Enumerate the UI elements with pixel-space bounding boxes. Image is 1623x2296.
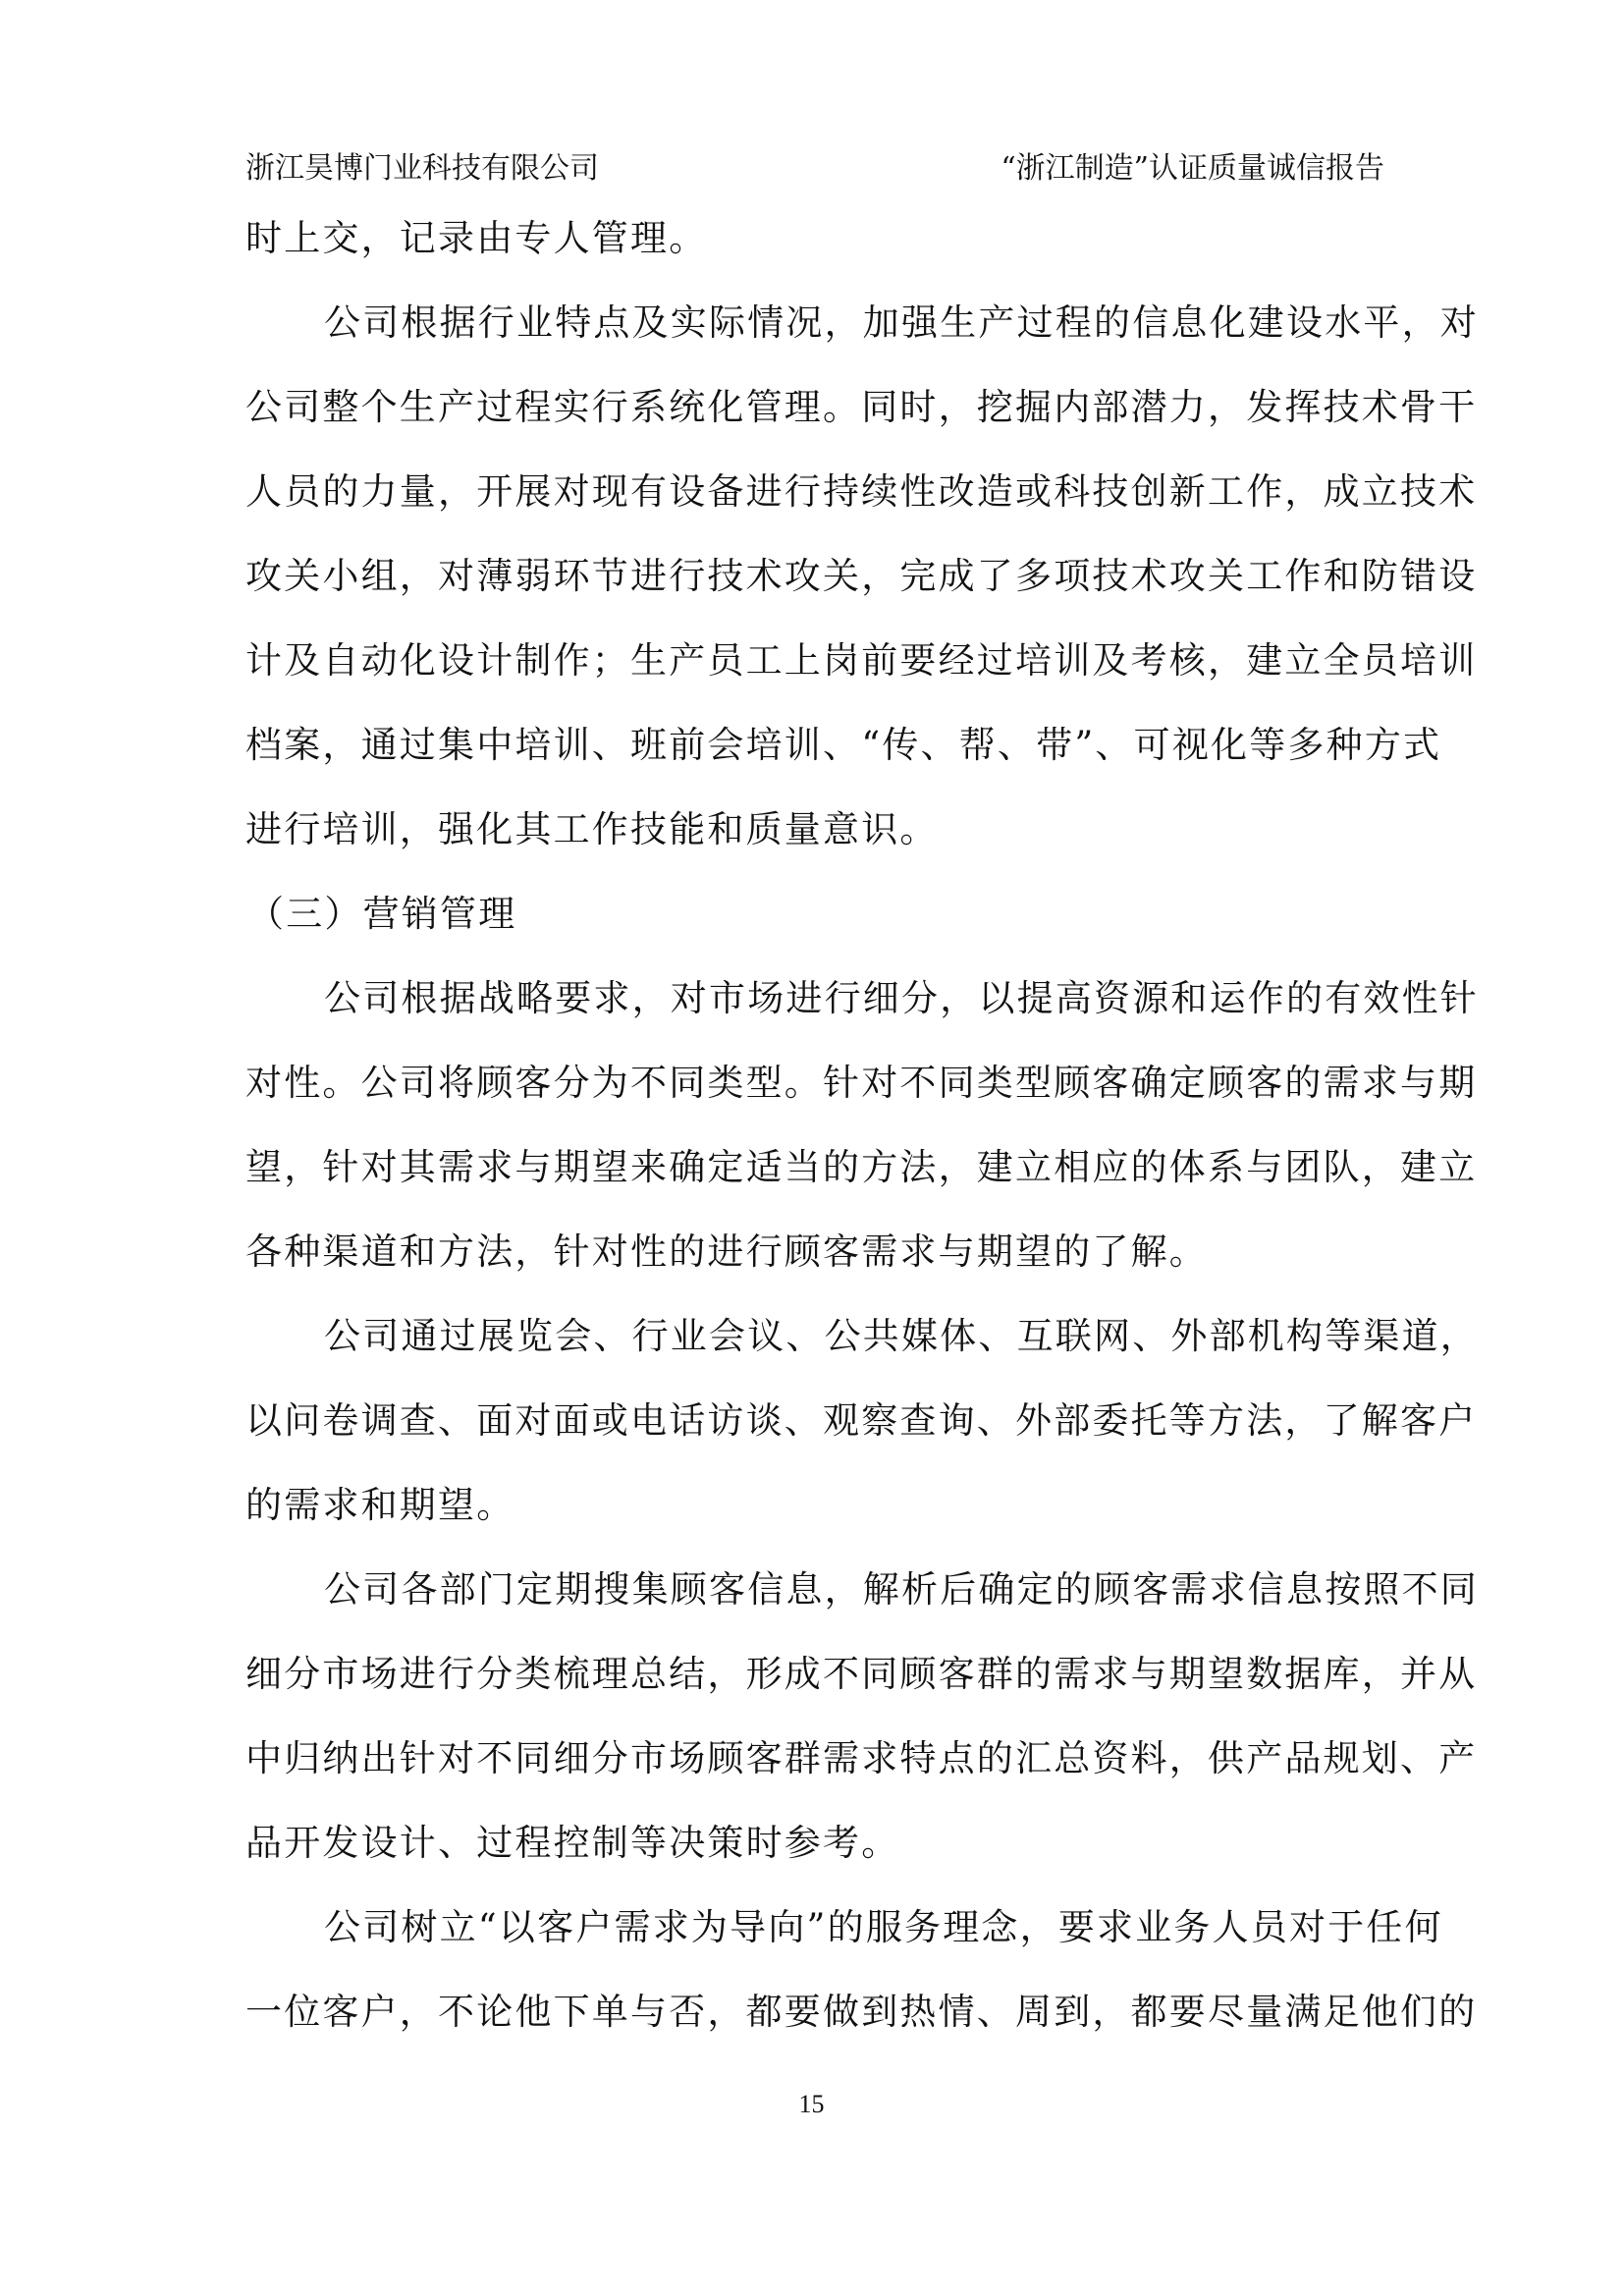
body-line: 时上交，记录由专人管理。: [245, 196, 1478, 281]
page-header: 浙江昊博门业科技有限公司 “浙江制造”认证质量诚信报告: [245, 147, 1384, 191]
body-line: 攻关小组，对薄弱环节进行技术攻关，完成了多项技术攻关工作和防错设: [245, 534, 1478, 619]
body-line: 望，针对其需求与期望来确定适当的方法，建立相应的体系与团队，建立: [245, 1125, 1478, 1210]
page-number: 15: [0, 2090, 1623, 2119]
body-line: 的需求和期望。: [245, 1463, 1478, 1548]
body-line: 进行培训，强化其工作技能和质量意识。: [245, 788, 1478, 872]
body-line: 计及自动化设计制作；生产员工上岗前要经过培训及考核，建立全员培训: [245, 619, 1478, 703]
paragraph-start-line: 公司通过展览会、行业会议、公共媒体、互联网、外部机构等渠道，: [245, 1294, 1478, 1379]
body-line: 以问卷调查、面对面或电话访谈、观察查询、外部委托等方法，了解客户: [245, 1379, 1478, 1463]
section-heading-marketing: （三）营销管理: [245, 872, 1478, 957]
paragraph-start-line: 公司根据行业特点及实际情况，加强生产过程的信息化建设水平，对: [245, 281, 1478, 365]
body-line: 中归纳出针对不同细分市场顾客群需求特点的汇总资料，供产品规划、产: [245, 1717, 1478, 1801]
body-line: 人员的力量，开展对现有设备进行持续性改造或科技创新工作，成立技术: [245, 450, 1478, 534]
header-company-name: 浙江昊博门业科技有限公司: [245, 147, 599, 191]
paragraph-start-line: 公司树立“以客户需求为导向”的服务理念，要求业务人员对于任何: [245, 1886, 1478, 1970]
body-line: 公司整个生产过程实行系统化管理。同时，挖掘内部潜力，发挥技术骨干: [245, 365, 1478, 450]
header-report-title: “浙江制造”认证质量诚信报告: [1001, 147, 1384, 191]
body-line: 档案，通过集中培训、班前会培训、“传、帮、带”、可视化等多种方式: [245, 703, 1478, 788]
body-line: 细分市场进行分类梳理总结，形成不同顾客群的需求与期望数据库，并从: [245, 1632, 1478, 1717]
body-line: 品开发设计、过程控制等决策时参考。: [245, 1801, 1478, 1886]
paragraph-start-line: 公司各部门定期搜集顾客信息，解析后确定的顾客需求信息按照不同: [245, 1548, 1478, 1632]
document-body: 时上交，记录由专人管理。 公司根据行业特点及实际情况，加强生产过程的信息化建设水…: [245, 196, 1478, 2054]
body-line: 各种渠道和方法，针对性的进行顾客需求与期望的了解。: [245, 1210, 1478, 1294]
body-line: 一位客户，不论他下单与否，都要做到热情、周到，都要尽量满足他们的: [245, 1970, 1478, 2054]
paragraph-start-line: 公司根据战略要求，对市场进行细分，以提高资源和运作的有效性针: [245, 957, 1478, 1041]
body-line: 对性。公司将顾客分为不同类型。针对不同类型顾客确定顾客的需求与期: [245, 1041, 1478, 1125]
